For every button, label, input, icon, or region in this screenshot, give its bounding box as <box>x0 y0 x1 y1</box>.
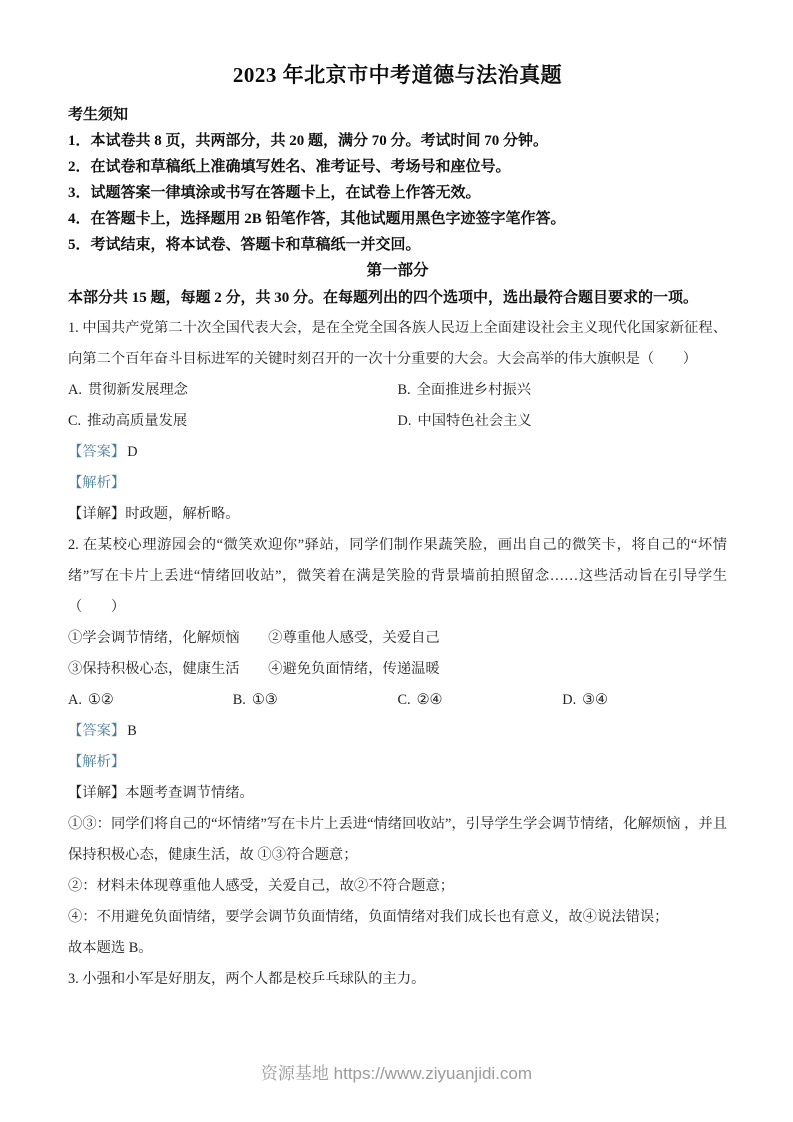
q2-option-c-label: C. <box>398 692 411 708</box>
q1-detail-text: 时政题，解析略。 <box>125 506 239 522</box>
q2-answer-line: 【答案】B <box>68 716 727 747</box>
q1-option-c: C.推动高质量发展 <box>68 406 398 437</box>
q1-option-d: D.中国特色社会主义 <box>398 406 728 437</box>
q2-analysis-label: 【解析】 <box>68 754 125 770</box>
notice-item-5: 5．考试结束，将本试卷、答题卡和草稿纸一并交回。 <box>68 232 727 258</box>
q2-detail-line-3: ④：不用避免负面情绪，要学会调节负面情绪，负面情绪对我们成长也有意义，故④说法错… <box>68 902 727 933</box>
q2-option-c-text: ②④ <box>417 692 443 708</box>
q3-stem: 3. 小强和小军是好朋友，两个人都是校乒乓球队的主力。 <box>68 964 727 995</box>
q1-option-a: A.贯彻新发展理念 <box>68 375 398 406</box>
q2-option-a-text: ①② <box>88 692 114 708</box>
footer-site-url: 资源基地 https://www.ziyuanjidi.com <box>261 1064 532 1083</box>
q2-detail-line-1: ①③：同学们将自己的“坏情绪”写在卡片上丢进“情绪回收站”，引导学生学会调节情绪… <box>68 809 727 871</box>
q2-option-a: A.①② <box>68 685 233 716</box>
q2-detail-conclusion: 故本题选 B。 <box>68 933 727 964</box>
q2-option-c: C.②④ <box>398 685 563 716</box>
q1-option-b-text: 全面推进乡村振兴 <box>417 382 531 398</box>
notice-item-3: 3．试题答案一律填涂或书写在答题卡上，在试卷上作答无效。 <box>68 180 727 206</box>
q2-answer-value: B <box>127 723 137 739</box>
q2-answer-label: 【答案】 <box>68 723 125 739</box>
q1-answer-value: D <box>127 444 137 460</box>
q1-option-c-label: C. <box>68 413 81 429</box>
page-title: 2023 年北京市中考道德与法治真题 <box>68 58 727 92</box>
q2-detail-intro-line: 【详解】本题考查调节情绪。 <box>68 778 727 809</box>
q1-answer-line: 【答案】D <box>68 437 727 468</box>
part1-description: 本部分共 15 题，每题 2 分，共 30 分。在每题列出的四个选项中，选出最符… <box>68 283 727 313</box>
q1-option-d-label: D. <box>398 413 412 429</box>
q1-detail-label: 【详解】 <box>68 506 125 522</box>
q1-answer-label: 【答案】 <box>68 444 125 460</box>
q1-option-b: B.全面推进乡村振兴 <box>398 375 728 406</box>
q2-statement-row-2: ③保持积极心态，健康生活 ④避免负面情绪，传递温暖 <box>68 654 727 685</box>
notice-section: 考生须知 1．本试卷共 8 页，共两部分，共 20 题，满分 70 分。考试时间… <box>68 102 727 258</box>
q1-stem: 1. 中国共产党第二十次全国代表大会，是在全党全国各族人民迈上全面建设社会主义现… <box>68 313 727 375</box>
q2-option-a-label: A. <box>68 692 82 708</box>
q1-options: A.贯彻新发展理念 B.全面推进乡村振兴 C.推动高质量发展 D.中国特色社会主… <box>68 375 727 437</box>
q2-option-d-label: D. <box>562 692 576 708</box>
q1-option-d-text: 中国特色社会主义 <box>417 413 531 429</box>
notice-heading: 考生须知 <box>68 102 727 128</box>
q1-option-a-label: A. <box>68 382 82 398</box>
q2-option-d-text: ③④ <box>582 692 608 708</box>
part1-heading: 第一部分 <box>68 258 727 283</box>
q1-option-a-text: 贯彻新发展理念 <box>88 382 188 398</box>
q2-detail-line-2: ②：材料未体现尊重他人感受，关爱自己，故②不符合题意； <box>68 871 727 902</box>
q2-options: A.①② B.①③ C.②④ D.③④ <box>68 685 727 716</box>
q2-option-b-text: ①③ <box>252 692 278 708</box>
q2-statement-row-1: ①学会调节情绪，化解烦恼 ②尊重他人感受，关爱自己 <box>68 623 727 654</box>
q2-detail-label: 【详解】 <box>68 785 125 801</box>
q1-option-b-label: B. <box>398 382 411 398</box>
q1-option-c-text: 推动高质量发展 <box>87 413 187 429</box>
q1-analysis-line: 【解析】 <box>68 468 727 499</box>
q2-option-b: B.①③ <box>233 685 398 716</box>
q2-detail-intro-text: 本题考查调节情绪。 <box>125 785 254 801</box>
q1-analysis-label: 【解析】 <box>68 475 125 491</box>
q2-stem: 2. 在某校心理游园会的“微笑欢迎你”驿站，同学们制作果蔬笑脸，画出自己的微笑卡… <box>68 530 727 623</box>
q1-detail-line: 【详解】时政题，解析略。 <box>68 499 727 530</box>
q2-option-d: D.③④ <box>562 685 727 716</box>
exam-document-page: 2023 年北京市中考道德与法治真题 考生须知 1．本试卷共 8 页，共两部分，… <box>0 0 793 1122</box>
notice-item-1: 1．本试卷共 8 页，共两部分，共 20 题，满分 70 分。考试时间 70 分… <box>68 128 727 154</box>
q2-option-b-label: B. <box>233 692 246 708</box>
notice-item-4: 4．在答题卡上，选择题用 2B 铅笔作答，其他试题用黑色字迹签字笔作答。 <box>68 206 727 232</box>
q2-analysis-line: 【解析】 <box>68 747 727 778</box>
notice-item-2: 2．在试卷和草稿纸上准确填写姓名、准考证号、考场号和座位号。 <box>68 154 727 180</box>
footer-watermark: 资源基地 https://www.ziyuanjidi.com <box>0 1063 793 1085</box>
